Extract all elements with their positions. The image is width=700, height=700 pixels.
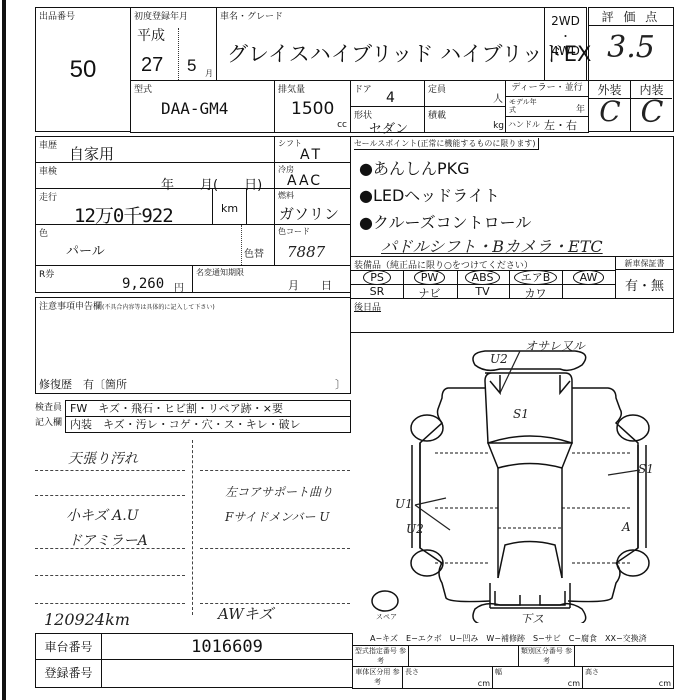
equip-aw-label: AW [573, 270, 605, 285]
annotation: オサレ又ル [525, 339, 586, 353]
color-change-label: 色替 [244, 245, 264, 260]
note-right: 左コアサポート曲り [225, 483, 333, 500]
model-code-box: 型式 DAA-GM4 [130, 80, 275, 133]
warranty-value: 有・無 [616, 275, 673, 294]
sales-point-item: ●クルーズコントロール [359, 209, 531, 236]
inspector-row-exterior: FW キズ・飛石・ヒビ割・リペア跡・×要 [66, 401, 350, 417]
equip-airbag-label: エアB [514, 270, 558, 285]
grade-box: 評 価 点 3.5 [588, 7, 674, 81]
reference-table: 型式指定番号 参考 類別区分番号 参考 車体区分用 参考 長さ cm 幅 cm … [352, 645, 674, 689]
drive-4wd: 4WD [545, 44, 586, 58]
annotation: U2 [490, 352, 508, 366]
exterior-grade: C [589, 95, 631, 128]
door-label: ドア [354, 82, 372, 95]
annotation: S1 [638, 462, 654, 476]
overall-grade: 3.5 [589, 30, 673, 65]
warranty-label: 新車保証書 [616, 258, 673, 270]
fuel-box: 燃料 ガソリン [274, 188, 351, 225]
name-change-label: 名変通知期限 [196, 267, 244, 278]
shift-box: シフト AT [274, 136, 351, 163]
later-items-box: 後日品 [350, 298, 674, 333]
history-label: 車歴 [39, 138, 57, 151]
annotation: U1 [395, 497, 413, 511]
inspector-label: 検査員 記入欄 [35, 401, 62, 431]
note-right: Fサイドメンバー U [225, 508, 329, 525]
sales-point-item: ●あんしんPKG [359, 155, 531, 182]
grade-label: 評 価 点 [589, 8, 673, 26]
month-unit: 月 [205, 68, 213, 79]
type-designation-label: 型式指定番号 参考 [353, 646, 409, 667]
annotation: S1 [513, 407, 529, 421]
damage-legend: A−キズ E−エクボ U−凹み W−補修跡 S−サビ C−腐食 XX−交換済 [370, 633, 647, 644]
displacement: 1500 [291, 99, 334, 119]
handle-box: ハンドル 左・右 [505, 116, 589, 133]
car-name-box: 車名・グレード グレイスハイブリッド ハイブリッドEX [216, 7, 545, 81]
equip-ps-label: PS [363, 270, 391, 285]
first-reg-label: 初度登録年月 [134, 9, 188, 22]
model-year-label: モデル年式 [509, 98, 539, 114]
model-year-unit: 年 [576, 102, 585, 115]
note-right: AWキズ [218, 603, 273, 624]
equip-abs: ABS [456, 270, 509, 285]
equip-abs-label: ABS [465, 270, 501, 285]
annotation: A [621, 520, 631, 534]
width-label: 幅 [495, 667, 502, 677]
capacity-unit: 人 [493, 90, 503, 105]
equip-pw: PW [403, 270, 456, 285]
recycle-unit: 円 [174, 279, 184, 294]
height-label: 高さ [585, 667, 599, 677]
chassis-table: 車台番号 1016609 登録番号 [35, 633, 353, 688]
displacement-label: 排気量 [278, 82, 305, 95]
capacity-label: 定員 [428, 82, 446, 95]
body-shape: セダン [369, 118, 408, 137]
name-change-box: 名変通知期限 月 日 [192, 265, 351, 293]
registration-label: 登録番号 [36, 660, 102, 687]
name-change-deadline: 月 日 [288, 277, 332, 293]
equip-airbag: エアB [509, 270, 562, 285]
width-unit: cm [568, 679, 580, 688]
mileage-label: 走行 [39, 190, 57, 203]
notes-label: 注意事項申告欄(不具合内容等は具体的に記入して下さい) [39, 299, 215, 312]
notes-divider [192, 440, 193, 615]
later-items-label: 後日品 [354, 300, 381, 313]
ac-box: 冷房 AAC [274, 162, 351, 189]
dealer-import-field: ディーラー・並行 [505, 80, 589, 97]
registration-number [102, 660, 352, 687]
model-label: 型式 [134, 82, 152, 95]
inspector-row-interior: 内装 キズ・汚レ・コゲ・穴・ス・キレ・破レ [66, 417, 350, 432]
first-registration-box: 初度登録年月 平成 27 5 月 [130, 7, 217, 81]
load-box: 積載 kg [424, 106, 506, 133]
equip-aw: AW [562, 270, 615, 285]
note-left: 小キズ A.U [66, 505, 139, 525]
repair-history-label: 修復歴 有〔箇所 [39, 376, 127, 392]
lot-label: 出品番号 [39, 9, 75, 22]
recycle-box: R券 9,260 円 [35, 265, 193, 293]
displacement-unit: cc [337, 120, 347, 130]
model-code: DAA-GM4 [161, 99, 228, 118]
capacity-box: 定員 人 [424, 80, 506, 107]
height-unit: cm [659, 679, 671, 688]
notes-sublabel: (不具合内容等は具体的に記入して下さい) [102, 304, 215, 311]
scan-edge [2, 0, 6, 700]
model-year-box: モデル年式 年 [505, 96, 589, 117]
handle-value: 左・右 [544, 117, 577, 133]
equip-ps: PS [351, 270, 403, 285]
drive-box: 2WD ・ 4WD [544, 7, 587, 81]
color-box: 色 パール 色替 [35, 224, 275, 266]
drive-separator: ・ [545, 28, 586, 44]
sales-points-box: セールスポイント(正常に機能するものに限ります) ●あんしんPKG ●LEDヘッ… [350, 136, 674, 257]
handwritten-extras: パドルシフト・Bカメラ・ETC [381, 234, 603, 257]
door-box: ドア 4 [350, 80, 425, 107]
drive-2wd: 2WD [545, 14, 586, 28]
fuel-label: 燃料 [278, 190, 294, 201]
lot-number: 50 [36, 56, 130, 84]
equip-pw-label: PW [414, 270, 446, 285]
inspection-label: 車検 [39, 164, 57, 177]
car-name: グレイスハイブリッド ハイブリッドEX [227, 38, 591, 68]
chassis-label: 車台番号 [36, 634, 102, 660]
car-damage-diagram: U2 オサレ又ル S1 S1 U1 U2 A スペア 下ス [350, 333, 690, 623]
inspector-box: FW キズ・飛石・ヒビ割・リペア跡・×要 内装 キズ・汚レ・コゲ・穴・ス・キレ・… [65, 400, 351, 433]
repair-bracket: 〕 [335, 376, 346, 392]
annotation: 下ス [520, 612, 544, 623]
color-value: パール [66, 240, 105, 259]
equipment-box: 装備品（純正品に限り○をつけてください） PS PW ABS エアB AW SR… [350, 256, 674, 299]
shape-box: 形状 セダン [350, 106, 425, 133]
color-code-label: 色コード [278, 226, 310, 237]
recycle-fee: 9,260 [122, 276, 164, 292]
vehicle-history: 自家用 [69, 143, 114, 164]
load-unit: kg [493, 121, 504, 131]
doors: 4 [386, 90, 395, 106]
inspection-box: 車検 年 月( 日) [35, 162, 275, 189]
car-name-label: 車名・グレード [220, 9, 283, 22]
recycle-label: R券 [39, 267, 54, 280]
inspector-label-1: 検査員 [35, 401, 62, 416]
era: 平成 [137, 25, 165, 45]
length-unit: cm [478, 679, 490, 688]
length-label: 長さ [405, 667, 419, 677]
equip-sr: SR [351, 285, 403, 298]
ext-int-grade-box: 外装 内装 C C [588, 80, 674, 132]
reg-month: 5 [187, 56, 196, 76]
load-label: 積載 [428, 108, 446, 121]
equip-tv: TV [456, 285, 509, 298]
sales-points-label: セールスポイント(正常に機能するものに限ります) [354, 138, 539, 150]
displacement-box: 排気量 1500 cc [274, 80, 351, 133]
mileage-extra-cell [246, 188, 275, 225]
color-code: 7887 [287, 243, 325, 261]
sales-point-item: ●LEDヘッドライト [359, 182, 531, 209]
ac-value: AAC [287, 173, 322, 189]
shift-label: シフト [278, 138, 302, 149]
inspector-label-2: 記入欄 [35, 416, 62, 431]
mileage-box: 走行 12万0千922 [35, 188, 213, 225]
note-mileage: 120924km [44, 610, 130, 629]
notes-title: 注意事項申告欄 [39, 302, 102, 312]
mileage-unit: km [212, 188, 247, 225]
chassis-number: 1016609 [102, 634, 352, 660]
interior-grade: C [631, 95, 673, 130]
sales-points-list: ●あんしんPKG ●LEDヘッドライト ●クルーズコントロール [359, 155, 531, 236]
note-left: ドアミラーA [68, 530, 148, 550]
lot-box: 出品番号 50 [35, 7, 131, 132]
history-box: 車歴 自家用 [35, 136, 275, 163]
color-code-box: 色コード 7887 [274, 224, 351, 266]
shift-value: AT [300, 147, 323, 163]
annotation: U2 [406, 522, 424, 536]
handle-label: ハンドル [508, 119, 540, 130]
spare-label: スペア [376, 613, 397, 621]
dimension-label: 車体区分用 参考 [353, 667, 403, 688]
color-label: 色 [39, 226, 48, 239]
note-left: 天張り汚れ [68, 448, 138, 468]
fuel-value: ガソリン [279, 203, 339, 224]
category-label: 類別区分番号 参考 [519, 646, 575, 667]
reg-year: 27 [141, 54, 163, 77]
notes-box: 注意事項申告欄(不具合内容等は具体的に記入して下さい) 修復歴 有〔箇所 〕 [35, 297, 351, 394]
